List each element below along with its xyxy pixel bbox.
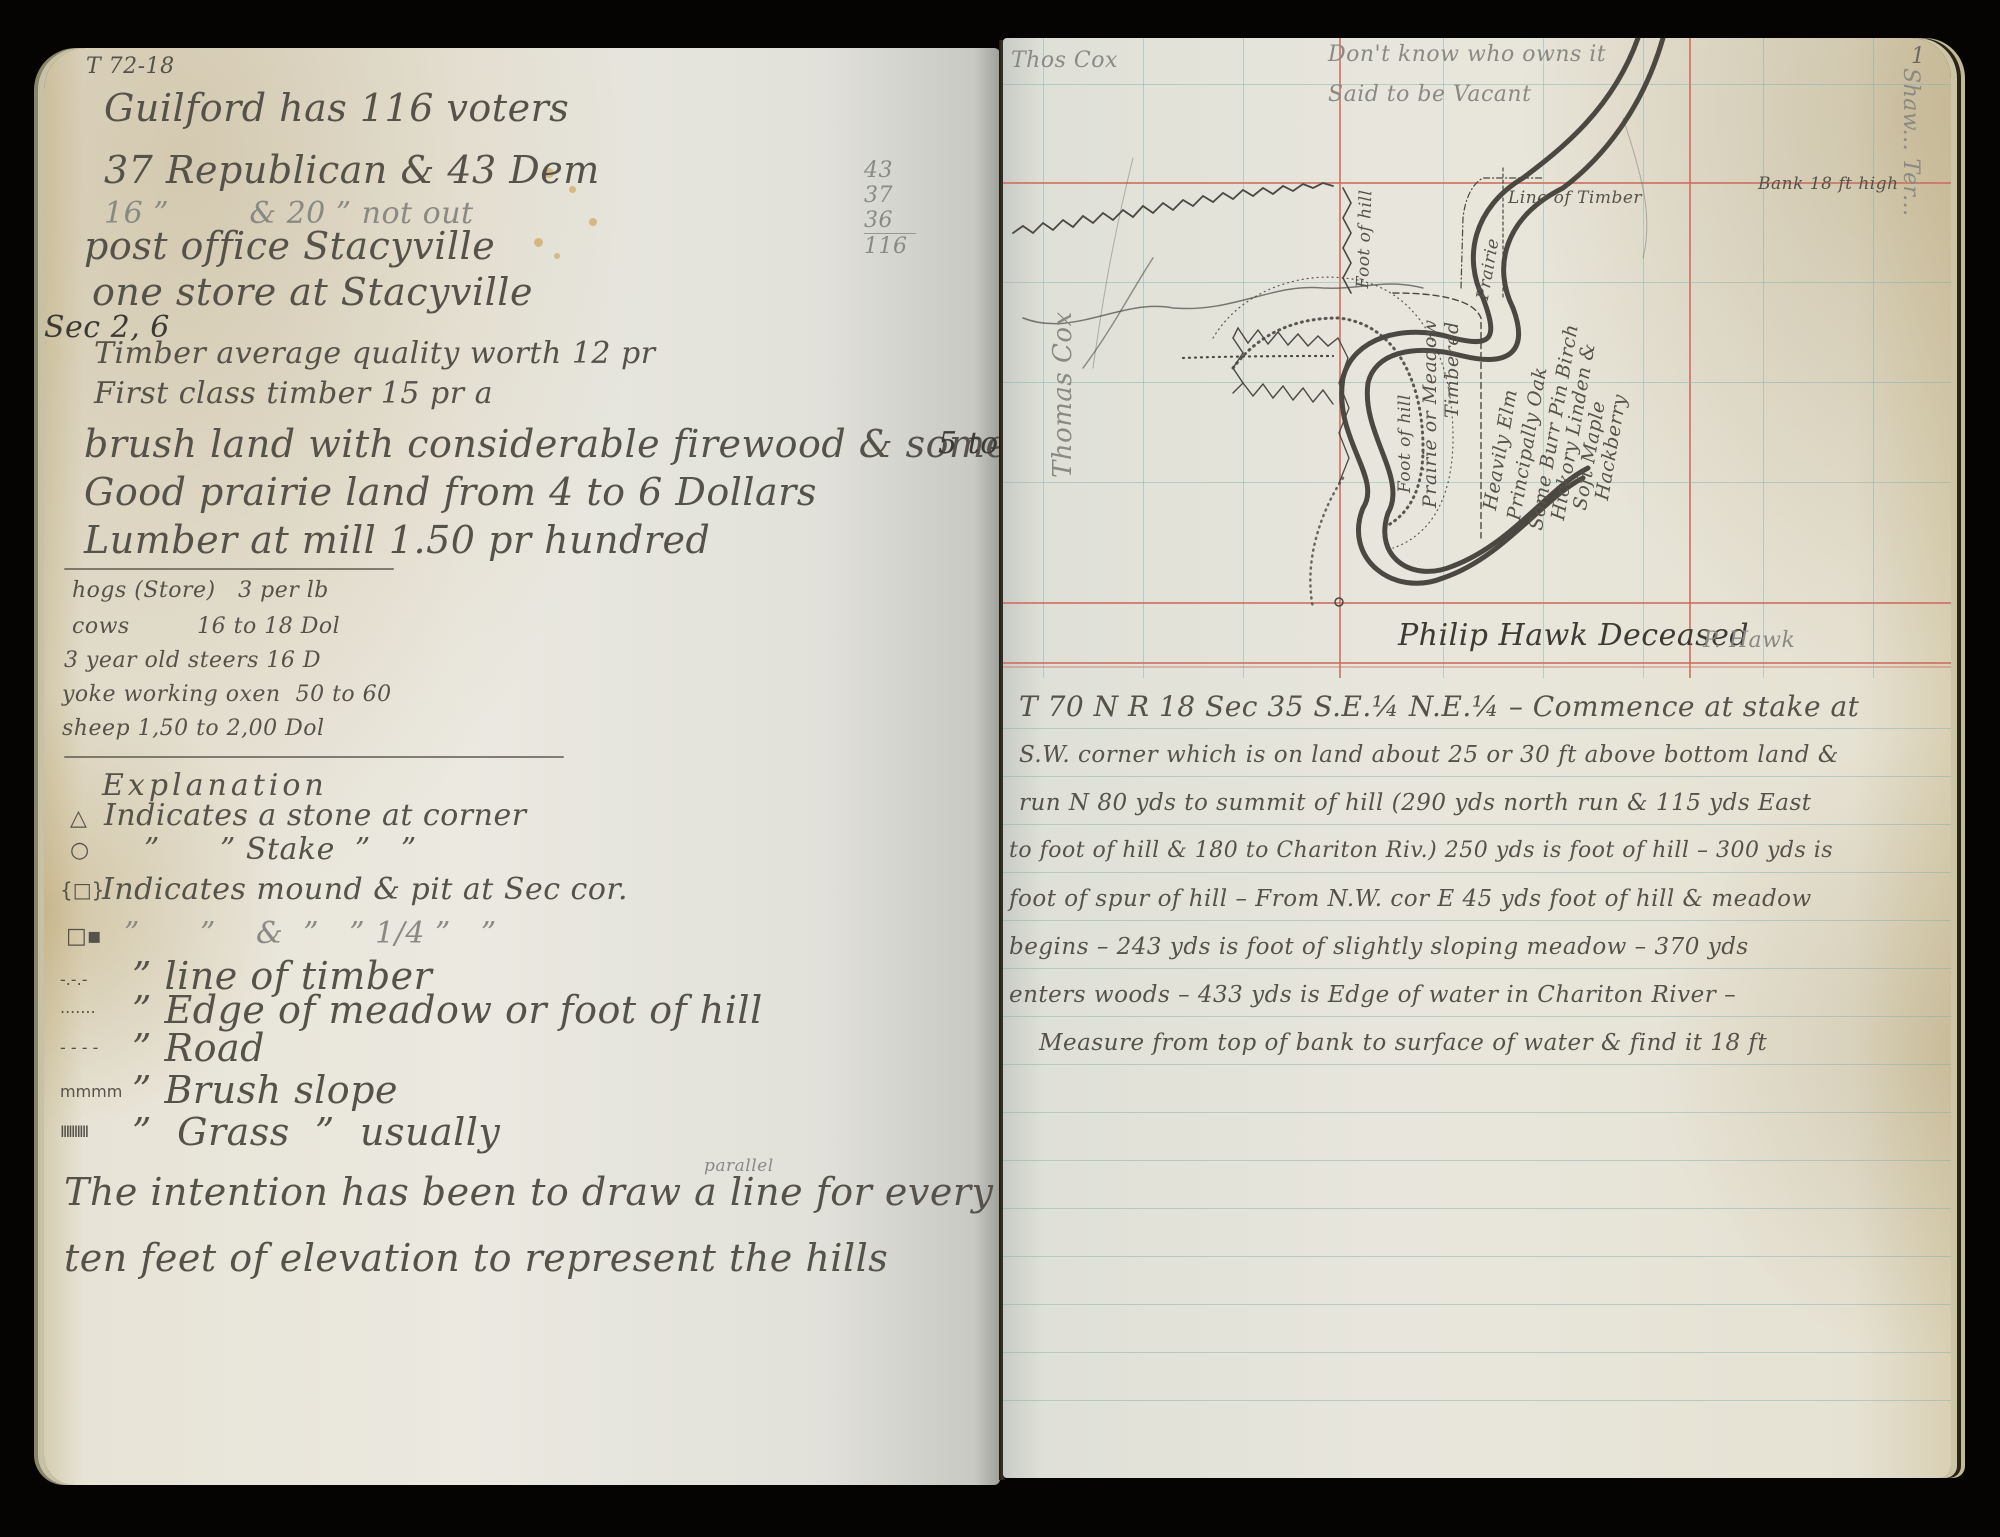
dotted-line-icon: ....... xyxy=(60,998,96,1017)
legend-item: Indicates mound & pit at Sec cor. xyxy=(102,872,628,907)
map-label-owner-south-faint: P. Hawk xyxy=(1703,628,1795,653)
price-item: hogs (Store) 3 per lb xyxy=(72,578,329,603)
circle-icon: ○ xyxy=(70,838,89,863)
survey-line: begins – 243 yds is foot of slightly slo… xyxy=(1009,934,1749,960)
closing-line: The intention has been to draw a line fo… xyxy=(64,1170,994,1214)
mound-pit-icon: {□} xyxy=(60,878,104,902)
survey-line: S.W. corner which is on land about 25 or… xyxy=(1019,742,1839,768)
note-line: Lumber at mill 1.50 pr hundred xyxy=(84,518,710,562)
map-label-owner-south: Philip Hawk Deceased xyxy=(1398,618,1749,653)
grass-hatch-icon: IIIIIIIIII xyxy=(60,1122,87,1141)
legend-item: ” ” & ” ” 1/4 ” ” xyxy=(124,916,497,951)
legend-item: ” Brush slope xyxy=(132,1068,398,1112)
map-label-owner: Don't know who owns it xyxy=(1328,42,1606,67)
price-item: yoke working oxen 50 to 60 xyxy=(62,682,392,707)
note-line: Guilford has 116 voters xyxy=(104,86,569,130)
closing-line: ten feet of elevation to represent the h… xyxy=(64,1236,888,1280)
vote-tally: 43 37 36 116 xyxy=(864,158,924,259)
price-item: cows 16 to 18 Dol xyxy=(72,614,340,639)
map-label-owner: Said to be Vacant xyxy=(1328,82,1531,107)
margin-vertical-note: Shaw... Ter... xyxy=(1898,68,1923,217)
map-label-timbered: Timbered xyxy=(1441,321,1463,418)
survey-line: T 70 N R 18 Sec 35 S.E.¼ N.E.¼ – Commenc… xyxy=(1019,690,1859,723)
page-number: 1 xyxy=(1911,44,1925,69)
note-line: First class timber 15 pr a xyxy=(94,376,493,411)
legend-item: ” Grass ” usually xyxy=(132,1110,500,1154)
legend-item: Indicates a stone at corner xyxy=(104,798,527,833)
price-item: 3 year old steers 16 D xyxy=(64,648,321,673)
page-header: T 72-18 xyxy=(86,54,175,79)
rails-price: 5 to 6 xyxy=(938,426,1000,461)
note-line: post office Stacyville xyxy=(84,224,495,268)
survey-map xyxy=(1003,38,1951,678)
map-label-foot-of-hill: Foot of hill xyxy=(1395,394,1415,493)
note-line: one store at Stacyville xyxy=(92,270,533,314)
note-line: 37 Republican & 43 Dem xyxy=(104,148,600,192)
map-label-prairie-meadow: Prairie or Meadow xyxy=(1419,319,1441,508)
map-label-foot-of-hill: Foot of hill xyxy=(1353,189,1376,288)
map-label-line-of-timber: Line of Timber xyxy=(1508,188,1642,208)
brush-hatch-icon: mmmm xyxy=(60,1082,122,1101)
triangle-icon: △ xyxy=(70,806,87,831)
left-page: T 72-18 Guilford has 116 voters 37 Repub… xyxy=(44,48,1000,1485)
survey-line: to foot of hill & 180 to Chariton Riv.) … xyxy=(1009,838,1833,863)
survey-line: Measure from top of bank to surface of w… xyxy=(1039,1030,1767,1056)
survey-line: run N 80 yds to summit of hill (290 yds … xyxy=(1019,790,1812,816)
legend-item: ” Road xyxy=(132,1026,265,1070)
note-line: Timber average quality worth 12 pr xyxy=(94,336,656,371)
dash-dot-line-icon: -.-.- xyxy=(60,970,88,989)
quarter-mound-icon: □▪ xyxy=(66,924,102,949)
map-label-owner: Thos Cox xyxy=(1011,48,1118,73)
survey-line: foot of spur of hill – From N.W. cor E 4… xyxy=(1009,886,1812,912)
legend-item: ” ” Stake ” ” xyxy=(144,832,417,867)
survey-line: enters woods – 433 yds is Edge of water … xyxy=(1009,982,1736,1008)
note-line: Good prairie land from 4 to 6 Dollars xyxy=(84,470,817,514)
map-label-owner-west: Thomas Cox xyxy=(1048,311,1078,478)
note-line: brush land with considerable firewood & … xyxy=(84,422,1000,466)
notebook-spread: T 72-18 Guilford has 116 voters 37 Repub… xyxy=(0,0,2000,1537)
dashed-line-icon: - - - - xyxy=(60,1038,98,1057)
right-page: Thos Cox Don't know who owns it Said to … xyxy=(1003,38,1951,1478)
map-label-bank: Bank 18 ft high xyxy=(1758,174,1899,194)
price-item: sheep 1,50 to 2,00 Dol xyxy=(62,716,325,741)
